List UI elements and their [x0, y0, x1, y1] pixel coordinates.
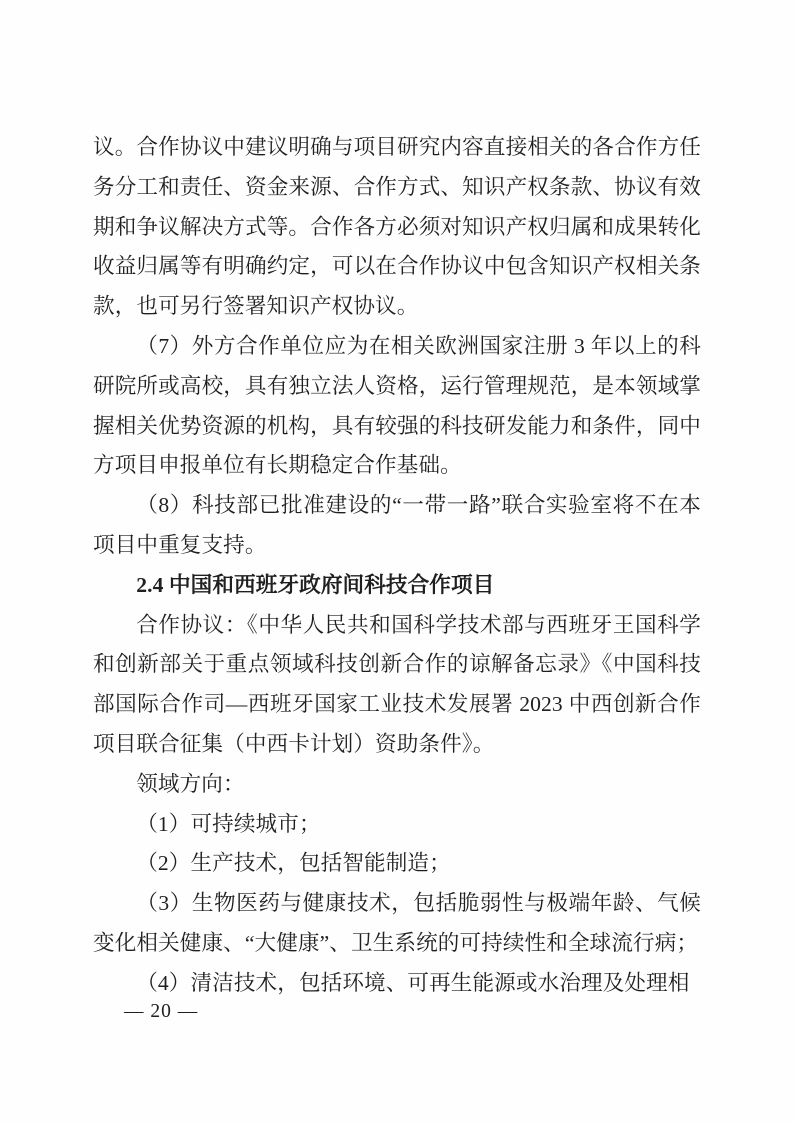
list-item-2: （2）生产技术，包括智能制造；: [93, 844, 701, 884]
list-item-3: （3）生物医药与健康技术，包括脆弱性与极端年龄、气候变化相关健康、“大健康”、卫…: [93, 884, 701, 964]
section-heading-2-4: 2.4 中国和西班牙政府间科技合作项目: [93, 566, 701, 606]
page-number: — 20 —: [124, 1001, 198, 1023]
paragraph-continuation: 议。合作协议中建议明确与项目研究内容直接相关的各合作方任务分工和责任、资金来源、…: [93, 128, 701, 327]
list-item-1: （1）可持续城市；: [93, 805, 701, 845]
document-body: 议。合作协议中建议明确与项目研究内容直接相关的各合作方任务分工和责任、资金来源、…: [93, 128, 701, 1004]
paragraph-cooperation-agreement: 合作协议：《中华人民共和国科学技术部与西班牙王国科学和创新部关于重点领域科技创新…: [93, 606, 701, 765]
list-item-4: （4）清洁技术，包括环境、可再生能源或水治理及处理相: [93, 964, 701, 1004]
paragraph-item-7: （7）外方合作单位应为在相关欧洲国家注册 3 年以上的科研院所或高校，具有独立法…: [93, 327, 701, 486]
paragraph-fields-label: 领域方向：: [93, 765, 701, 805]
document-page: 议。合作协议中建议明确与项目研究内容直接相关的各合作方任务分工和责任、资金来源、…: [0, 0, 794, 1123]
paragraph-item-8: （8）科技部已批准建设的“一带一路”联合实验室将不在本项目中重复支持。: [93, 486, 701, 566]
